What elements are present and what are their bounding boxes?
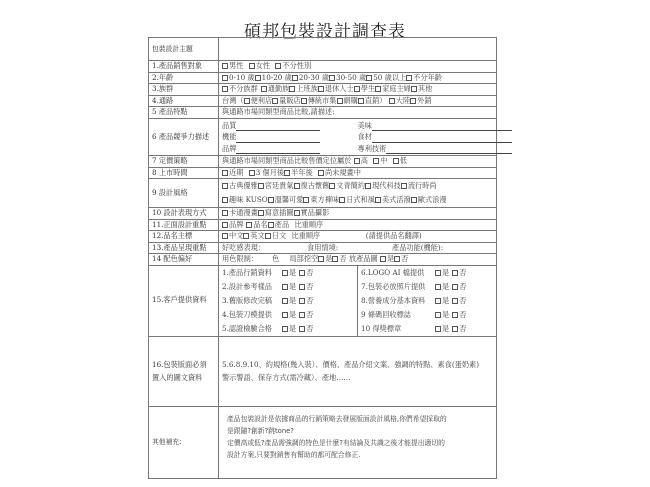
checkbox-icon — [222, 63, 228, 69]
checkbox-icon — [282, 284, 288, 290]
checkbox-yes[interactable]: 是 — [435, 324, 449, 333]
checkbox-icon — [358, 98, 364, 104]
function-label[interactable]: 產品功能(機能): — [392, 243, 443, 252]
material-label: 8.營養成分基本資料 — [361, 294, 435, 308]
row-front-focus: 11.正面設計重點 品牌品名產品 比重順序 — [149, 219, 497, 231]
checkbox-icon — [282, 326, 288, 332]
cutout-label: 局部挖空 — [289, 254, 318, 263]
label-style: 9 設計風格 — [149, 179, 219, 208]
checkbox-cutout-yes[interactable]: 是 — [318, 254, 332, 263]
checkbox-icon — [411, 86, 417, 92]
row-client-materials: 15.客戶提供資料 1.產品行銷資料是否 2.設計參考樣品是否 3.舊版修改完稿… — [149, 265, 497, 336]
field-function-label: 機能 — [222, 132, 236, 141]
checkbox-cartoon[interactable]: 卡通漫畫 — [222, 208, 258, 217]
translation-note: (請提供品名翻譯) — [366, 231, 422, 240]
checkbox-icon — [303, 197, 309, 203]
label-front-focus: 11.正面設計重點 — [149, 219, 219, 231]
checkbox-icon — [282, 312, 288, 318]
checkbox-retired[interactable]: 退休人士 — [318, 84, 354, 93]
checkbox-icon — [272, 98, 278, 104]
checkbox-icon — [452, 284, 458, 290]
checkbox-illustration[interactable]: 寫意插圖 — [258, 208, 294, 217]
checkbox-icon — [246, 222, 252, 228]
usage-scene-label[interactable]: 食用情境: — [307, 243, 392, 254]
topic-input[interactable] — [219, 38, 497, 61]
field-patent-label: 專利技術 — [358, 144, 387, 153]
material-label: 5.認證檢驗合格 — [222, 322, 282, 336]
checkbox-price-high[interactable]: 高 — [354, 156, 368, 165]
label-line-2: 置入的圖文資料 — [152, 371, 215, 384]
field-brand-input[interactable] — [236, 145, 320, 154]
checkbox-icon — [282, 270, 288, 276]
checkbox-icon — [354, 158, 360, 164]
label-color: 14 配色偏好 — [149, 254, 219, 266]
checkbox-front-product[interactable]: 產品 — [268, 220, 289, 229]
checkbox-no[interactable]: 否 — [452, 296, 466, 305]
checkbox-yes[interactable]: 是 — [282, 282, 296, 291]
checkbox-cute[interactable]: 溫馨可愛 — [268, 195, 304, 204]
checkbox-japanese-lang[interactable]: 日文 — [265, 231, 286, 240]
tasty-label[interactable]: 好吃感表現： — [222, 243, 307, 254]
checkbox-no[interactable]: 否 — [299, 310, 313, 319]
checkbox-homemaker[interactable]: 家庭主婦 — [375, 84, 411, 93]
checkbox-icon — [243, 233, 249, 239]
field-patent-input[interactable] — [386, 145, 512, 154]
checkbox-icon — [329, 75, 335, 81]
checkbox-icon — [294, 183, 300, 189]
checkbox-yes[interactable]: 是 — [435, 282, 449, 291]
field-quality-input[interactable] — [236, 122, 320, 131]
checkbox-icon — [282, 298, 288, 304]
weight-order-label: 比重順序 — [291, 231, 363, 242]
row-launch: 8 上市時間 近期 3 個月後半年後 尚未規畫中 — [149, 167, 497, 179]
checkbox-yes[interactable]: 是 — [435, 296, 449, 305]
checkbox-icon — [380, 256, 386, 262]
material-label: 10 得獎標章 — [361, 322, 435, 336]
note-line: 是跟隨?創新?跳tone? — [227, 425, 488, 437]
row-channel: 4.通路 台灣（便利店量販店傳統市集網購直銷） 大陸外銷 — [149, 95, 497, 107]
checkbox-icon — [318, 256, 324, 262]
paren-close: ） — [379, 96, 386, 105]
checkbox-icon — [222, 170, 228, 176]
checkbox-palace[interactable]: 宮廷貴氣 — [258, 181, 294, 190]
material-label: 4.包裝刀模提供 — [222, 308, 282, 322]
checkbox-mainland[interactable]: 大陸 — [389, 96, 410, 105]
checkbox-american[interactable]: 美式活潑 — [375, 195, 411, 204]
checkbox-icon — [365, 183, 371, 189]
color-limit-label: 用色限制： — [222, 254, 258, 263]
checkbox-icon — [261, 86, 267, 92]
row-required-content: 16.包裝版面必須 置入的圖文資料 5.6.8.9.10、約規格(幾入裝）、價格… — [149, 336, 497, 406]
checkbox-launch-unplanned[interactable]: 尚未規畫中 — [318, 168, 361, 177]
checkbox-icon — [354, 86, 360, 92]
checkbox-icon — [222, 222, 228, 228]
checkbox-icon — [222, 197, 228, 203]
checkbox-icon — [249, 63, 255, 69]
required-content-text[interactable]: 5.6.8.9.10、約規格(幾入裝）、價格、產品介紹文案、強調的特點、素食(蛋… — [219, 336, 497, 406]
material-label: 7.包裝必放照片提供 — [361, 280, 435, 294]
checkbox-icon — [394, 256, 400, 262]
other-notes-text[interactable]: 產品包裝設計是依據商品的行銷策略去發展版面設計風格,你們希望採取的 是跟隨?創新… — [219, 406, 497, 478]
checkbox-launch-3m[interactable]: 3 個月後 — [249, 168, 284, 177]
checkbox-icon — [222, 183, 228, 189]
checkbox-yes[interactable]: 是 — [282, 324, 296, 333]
checkbox-icon — [222, 210, 228, 216]
checkbox-chinese[interactable]: 中文 — [222, 231, 243, 240]
row-pricing: 7 定價策略 與通路市場同類型商品比較售價定位屬於 高 中 低 — [149, 156, 497, 168]
checkbox-icon — [318, 170, 324, 176]
label-launch: 8 上市時間 — [149, 167, 219, 179]
checkbox-icon — [375, 86, 381, 92]
checkbox-office-worker[interactable]: 上班族 — [289, 84, 318, 93]
checkbox-commuter[interactable]: 通勤族 — [261, 84, 290, 93]
label-expression: 10 設計表現方式 — [149, 208, 219, 220]
checkbox-launch-6m[interactable]: 半年後 — [284, 168, 313, 177]
checkbox-zen[interactable]: 東方禪味 — [303, 195, 339, 204]
field-taste-input[interactable] — [372, 122, 512, 131]
checkbox-icon — [275, 63, 281, 69]
checkbox-japanese[interactable]: 日式和風 — [339, 195, 375, 204]
checkbox-icon — [435, 284, 441, 290]
checkbox-icon — [255, 75, 261, 81]
checkbox-icon — [329, 183, 335, 189]
checkbox-icon — [222, 75, 228, 81]
material-label: 3.舊版修改完稿 — [222, 294, 282, 308]
checkbox-english[interactable]: 英文 — [243, 231, 264, 240]
row-topic: 包裝設計主題 — [149, 38, 497, 61]
checkbox-icon — [289, 86, 295, 92]
checkbox-icon — [301, 98, 307, 104]
material-label: 9 條碼回收標誌 — [361, 308, 435, 322]
row-features: 5 產品特點 與通路市場同類型商品比較,請描述: — [149, 107, 497, 119]
checkbox-icon — [244, 98, 250, 104]
checkbox-icon — [258, 183, 264, 189]
checkbox-no[interactable]: 否 — [299, 282, 313, 291]
material-label: 6.LOGO AI 檔提供 — [361, 266, 435, 280]
checkbox-convenience-store[interactable]: 便利店 — [244, 96, 273, 105]
checkbox-icon — [389, 98, 395, 104]
checkbox-direct-sales[interactable]: 直銷 — [358, 96, 379, 105]
label-presentation: 13.產品呈現重點 — [149, 242, 219, 254]
checkbox-cutout-no[interactable]: 否 — [332, 254, 346, 263]
checkbox-icon — [410, 98, 416, 104]
checkbox-icon — [222, 86, 228, 92]
label-channel: 4.通路 — [149, 95, 219, 107]
row-other-notes: 其他補充: 產品包裝設計是依據商品的行銷策略去發展版面設計風格,你們希望採取的 … — [149, 406, 497, 478]
checkbox-icon — [435, 270, 441, 276]
checkbox-yes[interactable]: 是 — [282, 310, 296, 319]
label-name-title: 12.品名主標 — [149, 231, 219, 243]
note-line: 產品包裝設計是依據商品的行銷策略去發展版面設計風格,你們希望採取的 — [227, 413, 488, 425]
checkbox-yes[interactable]: 是 — [435, 268, 449, 277]
checkbox-icon — [435, 326, 441, 332]
checkbox-yes[interactable]: 是 — [282, 268, 296, 277]
field-brand-label: 品牌 — [222, 144, 236, 153]
checkbox-icon — [299, 284, 305, 290]
product-image-label: 放產品圖 — [349, 254, 378, 263]
survey-form-table: 包裝設計主題 1.產品銷售對象 男性 女性 不分性別 2.年齡 0-10 歲10… — [148, 37, 497, 479]
checkbox-hypermarket[interactable]: 量販店 — [272, 96, 301, 105]
checkbox-any-gender[interactable]: 不分性別 — [275, 61, 311, 70]
row-group: 3.族群 不分族群通勤族上班族退休人士學生家庭主婦其他 — [149, 84, 497, 96]
checkbox-icon — [299, 270, 305, 276]
checkbox-icon — [299, 326, 305, 332]
field-function-input[interactable] — [236, 134, 320, 143]
label-other: 其他補充: — [149, 406, 219, 478]
label-client-materials: 15.客戶提供資料 — [149, 265, 219, 336]
row-style: 9 設計風格 古典優雅宮廷貴氣復古懷舊文青簡約現代科技流行時尚 趣味 KUSO溫… — [149, 179, 497, 208]
checkbox-student[interactable]: 學生 — [354, 84, 375, 93]
checkbox-no[interactable]: 否 — [299, 268, 313, 277]
checkbox-age-any[interactable]: 不分年齡 — [406, 73, 442, 82]
checkbox-age-10-20[interactable]: 10-20 歲 — [255, 73, 292, 82]
checkbox-icon — [435, 312, 441, 318]
checkbox-online[interactable]: 網購 — [337, 96, 358, 105]
checkbox-front-name[interactable]: 品名 — [246, 220, 267, 229]
checkbox-photography[interactable]: 實品攝影 — [294, 208, 330, 217]
row-expression: 10 設計表現方式 卡通漫畫寫意插圖實品攝影 — [149, 208, 497, 220]
note-line: 設計方案,只要對銷售有幫助的都可配合修正. — [227, 449, 488, 461]
row-color: 14 配色偏好 用色限制：色 局部挖空是否 放產品圖 是否 — [149, 254, 497, 266]
checkbox-no[interactable]: 否 — [452, 324, 466, 333]
checkbox-icon — [339, 197, 345, 203]
checkbox-female[interactable]: 女性 — [249, 61, 270, 70]
checkbox-kuso[interactable]: 趣味 KUSO — [222, 195, 268, 204]
label-features: 5 產品特點 — [149, 107, 219, 119]
checkbox-icon — [258, 210, 264, 216]
checkbox-male[interactable]: 男性 — [222, 61, 243, 70]
checkbox-yes[interactable]: 是 — [282, 296, 296, 305]
pricing-text: 與通路市場同類型商品比較售價定位屬於 — [222, 156, 351, 165]
row-presentation: 13.產品呈現重點 好吃感表現：食用情境:產品功能(機能): — [149, 242, 497, 254]
checkbox-icon — [299, 312, 305, 318]
features-prompt[interactable]: 與通路市場同類型商品比較,請描述: — [219, 107, 497, 119]
label-competitiveness: 6 產品競爭力描述 — [149, 118, 219, 156]
checkbox-yes[interactable]: 是 — [435, 310, 449, 319]
checkbox-icon — [294, 210, 300, 216]
color-unit: 色 — [272, 254, 279, 263]
checkbox-no[interactable]: 否 — [299, 296, 313, 305]
checkbox-icon — [332, 256, 338, 262]
label-pricing: 7 定價策略 — [149, 156, 219, 168]
row-competitiveness: 6 產品競爭力描述 品質美味 機能食材 品牌專利技術 — [149, 118, 497, 156]
checkbox-icon — [299, 298, 305, 304]
checkbox-price-low[interactable]: 低 — [393, 156, 407, 165]
checkbox-icon — [452, 270, 458, 276]
field-ingredient-label: 食材 — [358, 132, 372, 141]
checkbox-icon — [318, 86, 324, 92]
checkbox-icon — [452, 326, 458, 332]
checkbox-icon — [411, 197, 417, 203]
checkbox-age-20-30[interactable]: 20-30 歲 — [292, 73, 329, 82]
checkbox-image-yes[interactable]: 是 — [380, 254, 394, 263]
row-age: 2.年齡 0-10 歲10-20 歲20-30 歲30-50 歲50 歲以上不分… — [149, 72, 497, 84]
checkbox-modern-tech[interactable]: 現代科技 — [365, 181, 401, 190]
row-target-gender: 1.產品銷售對象 男性 女性 不分性別 — [149, 61, 497, 73]
checkbox-icon — [435, 298, 441, 304]
content-line-2: 警示警語、保存方式(需冷藏）、產地…… — [222, 371, 493, 384]
checkbox-no[interactable]: 否 — [452, 282, 466, 291]
checkbox-age-30-50[interactable]: 30-50 歲 — [329, 73, 366, 82]
checkbox-launch-soon[interactable]: 近期 — [222, 168, 243, 177]
checkbox-retro[interactable]: 復古懷舊 — [294, 181, 330, 190]
checkbox-icon — [249, 170, 255, 176]
checkbox-price-mid[interactable]: 中 — [373, 156, 387, 165]
label-age: 2.年齡 — [149, 72, 219, 84]
label-topic: 包裝設計主題 — [149, 38, 219, 61]
checkbox-icon — [337, 98, 343, 104]
note-line: 定價高或低?產品需強調的特色是什麼?有結論及共識之後才能提出適切的 — [227, 437, 488, 449]
checkbox-export[interactable]: 外銷 — [410, 96, 431, 105]
checkbox-traditional-market[interactable]: 傳統市集 — [301, 96, 337, 105]
checkbox-icon — [393, 158, 399, 164]
label-required-content: 16.包裝版面必須 置入的圖文資料 — [149, 336, 219, 406]
weight-order-label: 比重順序 — [294, 220, 323, 229]
checkbox-age-50-plus[interactable]: 50 歲以上 — [366, 73, 406, 82]
checkbox-icon — [222, 233, 228, 239]
checkbox-icon — [284, 170, 290, 176]
checkbox-european[interactable]: 歐式浪漫 — [411, 195, 447, 204]
checkbox-icon — [366, 75, 372, 81]
checkbox-minimal[interactable]: 文青簡約 — [329, 181, 365, 190]
label-target: 1.產品銷售對象 — [149, 61, 219, 73]
field-taste-label: 美味 — [358, 121, 372, 130]
checkbox-group-other[interactable]: 其他 — [411, 84, 432, 93]
checkbox-classic[interactable]: 古典優雅 — [222, 181, 258, 190]
checkbox-icon — [292, 75, 298, 81]
checkbox-icon — [452, 298, 458, 304]
row-name-title: 12.品名主標 中文英文日文 比重順序 (請提供品名翻譯) — [149, 231, 497, 243]
checkbox-icon — [268, 197, 274, 203]
checkbox-icon — [452, 312, 458, 318]
checkbox-front-brand[interactable]: 品牌 — [222, 220, 243, 229]
field-quality-label: 品質 — [222, 121, 236, 130]
checkbox-icon — [401, 183, 407, 189]
material-label: 1.產品行銷資料 — [222, 266, 282, 280]
checkbox-image-no[interactable]: 否 — [394, 254, 408, 263]
checkbox-icon — [406, 75, 412, 81]
content-line-1: 5.6.8.9.10、約規格(幾入裝）、價格、產品介紹文案、強調的特點、素食(蛋… — [222, 358, 493, 371]
checkbox-no[interactable]: 否 — [299, 324, 313, 333]
taiwan-label: 台灣（ — [222, 96, 244, 105]
field-ingredient-input[interactable] — [372, 134, 512, 143]
checkbox-group-any[interactable]: 不分族群 — [222, 84, 258, 93]
checkbox-no[interactable]: 否 — [452, 268, 466, 277]
label-line-1: 16.包裝版面必須 — [152, 358, 215, 371]
checkbox-icon — [373, 158, 379, 164]
checkbox-icon — [265, 233, 271, 239]
checkbox-trendy[interactable]: 流行時尚 — [401, 181, 437, 190]
checkbox-icon — [375, 197, 381, 203]
checkbox-icon — [268, 222, 274, 228]
material-label: 2.設計參考樣品 — [222, 280, 282, 294]
checkbox-no[interactable]: 否 — [452, 310, 466, 319]
label-group: 3.族群 — [149, 84, 219, 96]
checkbox-age-0-10[interactable]: 0-10 歲 — [222, 73, 255, 82]
